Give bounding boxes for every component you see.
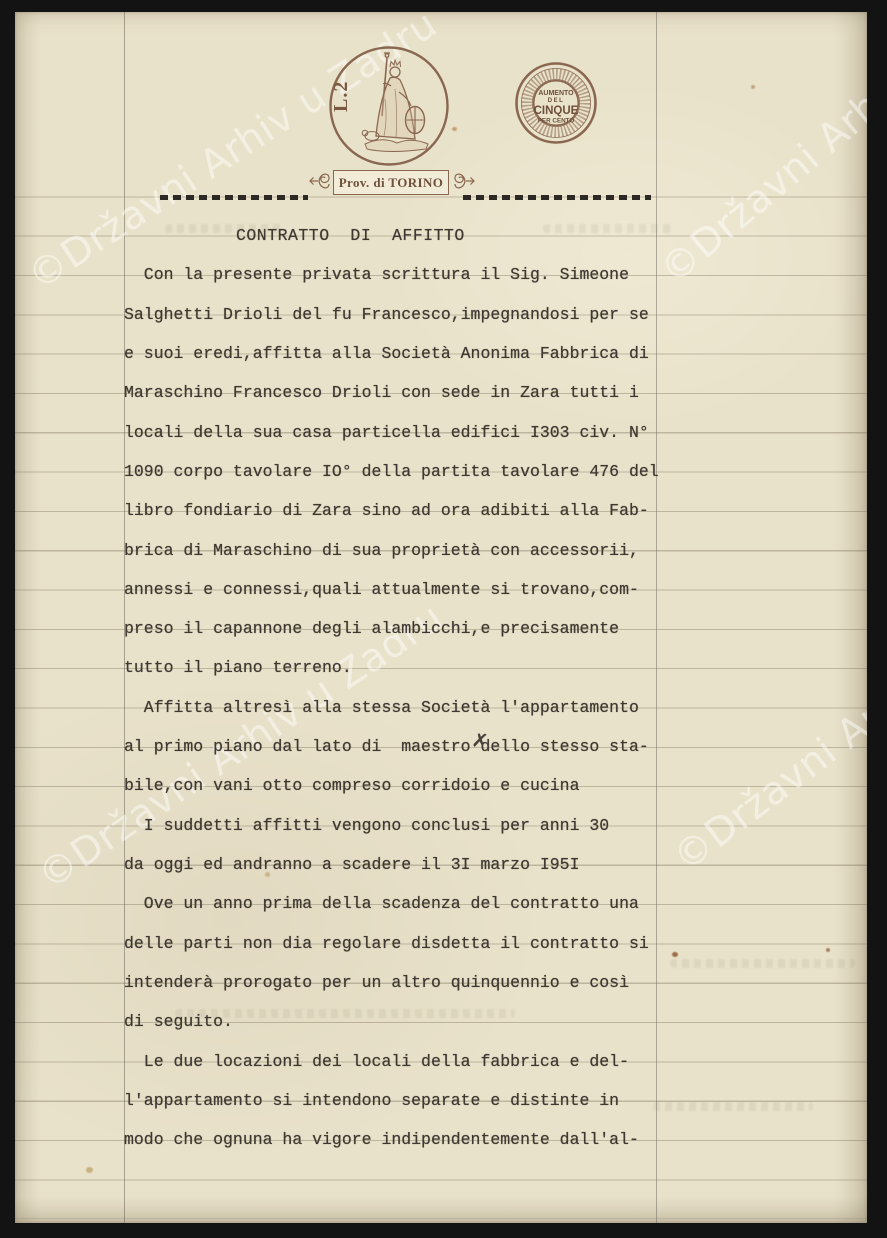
surcharge-line1: AUMENTO xyxy=(538,90,574,97)
document-title: CONTRATTO DI AFFITTO xyxy=(124,216,676,255)
document-line: da oggi ed andranno a scadere il 3I marz… xyxy=(124,845,676,884)
archive-watermark: ©Državni Arhiv u Zadru xyxy=(652,12,867,293)
document-line: Con la presente privata scrittura il Sig… xyxy=(124,255,676,294)
flourish-ornament-icon xyxy=(309,168,333,194)
foxing-spot xyxy=(751,85,755,89)
document-line: tutto il piano terreno. xyxy=(124,648,676,687)
ink-bleed-ghost xyxy=(165,224,285,233)
document-line: I suddetti affitti vengono conclusi per … xyxy=(124,806,676,845)
foxing-spot xyxy=(86,1167,93,1173)
document-line: intenderà prorogato per un altro quinque… xyxy=(124,963,676,1002)
document-line: 1090 corpo tavolare IO° della partita ta… xyxy=(124,452,676,491)
flourish-ornament-icon xyxy=(451,168,475,194)
document-line: al primo piano dal lato di maestro dello… xyxy=(124,727,676,766)
document-line: delle parti non dia regolare disdetta il… xyxy=(124,924,676,963)
document-line: annessi e connessi,quali attualmente si … xyxy=(124,570,676,609)
document-line: Le due locazioni dei locali della fabbri… xyxy=(124,1042,676,1081)
surcharge-stamp-icon: AUMENTO DEL CINQUE PER CENTO xyxy=(514,61,598,145)
document-line: libro fondiario di Zara sino ad ora adib… xyxy=(124,491,676,530)
document-line: bile,con vani otto compreso corridoio e … xyxy=(124,766,676,805)
document-line: l'appartamento si intendono separate e d… xyxy=(124,1081,676,1120)
document-line: e suoi eredi,affitta alla Società Anonim… xyxy=(124,334,676,373)
dashed-rule-right xyxy=(463,195,651,200)
revenue-stamp-icon: L.2 xyxy=(327,44,451,168)
paper: ©Državni Arhiv u Zadru ©Državni Arhiv u … xyxy=(15,12,867,1223)
surcharge-line2: DEL xyxy=(548,98,565,104)
ink-bleed-ghost xyxy=(670,959,855,968)
document-line: Maraschino Francesco Drioli con sede in … xyxy=(124,373,676,412)
stamp-value-label: L.2 xyxy=(330,81,352,112)
province-stamp-box: Prov. di TORINO xyxy=(333,170,449,195)
archive-watermark: ©Državni Arhiv u Zadru xyxy=(665,557,867,880)
document-lines: Con la presente privata scrittura il Sig… xyxy=(124,255,676,1159)
document-line: Affitta altresì alla stessa Società l'ap… xyxy=(124,688,676,727)
surcharge-line4: PER CENTO xyxy=(538,118,575,125)
ink-bleed-ghost xyxy=(175,1009,515,1018)
document-line: Salghetti Drioli del fu Francesco,impegn… xyxy=(124,295,676,334)
foxing-spot xyxy=(265,872,270,877)
document-line: locali della sua casa particella edifici… xyxy=(124,413,676,452)
surcharge-line3: CINQUE xyxy=(534,105,579,117)
ink-bleed-ghost xyxy=(653,1102,813,1111)
document-line: preso il capannone degli alambicchi,e pr… xyxy=(124,609,676,648)
foxing-spot xyxy=(672,952,678,957)
document-line: modo che ognuna ha vigore indipendenteme… xyxy=(124,1120,676,1159)
document-line: Ove un anno prima della scadenza del con… xyxy=(124,884,676,923)
foxing-spot xyxy=(452,127,457,131)
document-line: brica di Maraschino di sua proprietà con… xyxy=(124,531,676,570)
dashed-rule-left xyxy=(160,195,308,200)
ink-bleed-ghost xyxy=(543,224,673,233)
foxing-spot xyxy=(826,948,830,952)
handwritten-check-mark: ✗ xyxy=(471,729,490,753)
scanned-page: ©Državni Arhiv u Zadru ©Državni Arhiv u … xyxy=(0,0,887,1238)
